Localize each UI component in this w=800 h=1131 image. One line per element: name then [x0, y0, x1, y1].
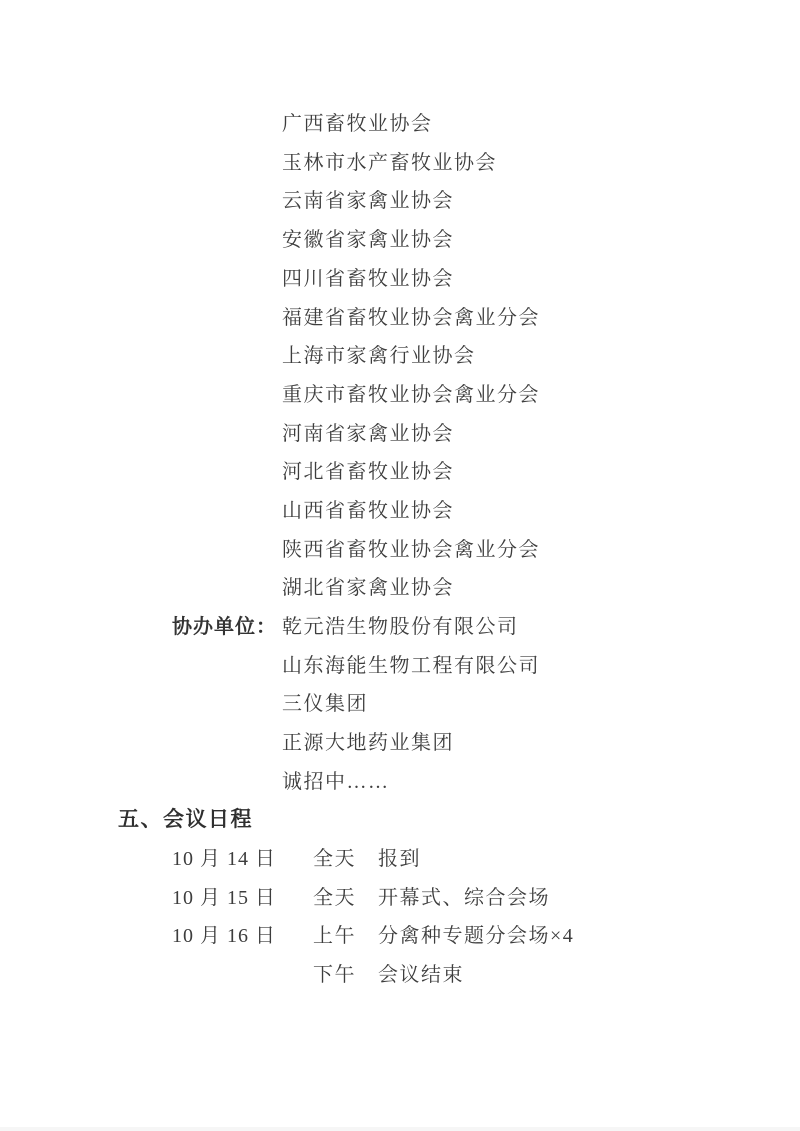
- association-list: 广西畜牧业协会 玉林市水产畜牧业协会 云南省家禽业协会 安徽省家禽业协会 四川省…: [282, 105, 540, 608]
- schedule-activity: 开幕式、综合会场: [378, 879, 550, 918]
- schedule-row: 下午 会议结束: [172, 956, 574, 995]
- schedule-activity: 分禽种专题分会场×4: [378, 917, 574, 956]
- schedule-date: 10 月 16 日: [172, 917, 313, 956]
- association-item: 广西畜牧业协会: [282, 105, 540, 144]
- company-item: 乾元浩生物股份有限公司: [282, 608, 540, 647]
- association-item: 河南省家禽业协会: [282, 415, 540, 454]
- cohost-label: 协办单位：: [172, 608, 282, 647]
- association-item: 重庆市畜牧业协会禽业分会: [282, 376, 540, 415]
- association-item: 云南省家禽业协会: [282, 182, 540, 221]
- schedule-row: 10 月 14 日 全天 报到: [172, 840, 574, 879]
- association-item: 山西省畜牧业协会: [282, 492, 540, 531]
- association-item: 福建省畜牧业协会禽业分会: [282, 299, 540, 338]
- schedule-table: 10 月 14 日 全天 报到 10 月 15 日 全天 开幕式、综合会场 10…: [172, 840, 574, 995]
- schedule-time: 上午: [313, 917, 378, 956]
- scan-bottom-edge: [0, 1127, 800, 1131]
- company-item: 山东海能生物工程有限公司: [282, 647, 540, 686]
- association-item: 湖北省家禽业协会: [282, 569, 540, 608]
- schedule-time: 下午: [313, 956, 378, 995]
- company-item: 三仪集团: [282, 685, 540, 724]
- schedule-date: 10 月 15 日: [172, 879, 313, 918]
- association-item: 玉林市水产畜牧业协会: [282, 144, 540, 183]
- schedule-row: 10 月 15 日 全天 开幕式、综合会场: [172, 879, 574, 918]
- schedule-time: 全天: [313, 879, 378, 918]
- schedule-activity: 会议结束: [378, 956, 464, 995]
- association-item: 四川省畜牧业协会: [282, 260, 540, 299]
- association-item: 河北省畜牧业协会: [282, 453, 540, 492]
- company-item: 诚招中……: [282, 763, 540, 802]
- schedule-row: 10 月 16 日 上午 分禽种专题分会场×4: [172, 917, 574, 956]
- schedule-time: 全天: [313, 840, 378, 879]
- association-item: 安徽省家禽业协会: [282, 221, 540, 260]
- schedule-heading: 五、会议日程: [118, 801, 253, 840]
- company-item: 正源大地药业集团: [282, 724, 540, 763]
- cohost-section: 协办单位： 乾元浩生物股份有限公司 山东海能生物工程有限公司 三仪集团 正源大地…: [172, 608, 540, 802]
- association-item: 上海市家禽行业协会: [282, 337, 540, 376]
- schedule-activity: 报到: [378, 840, 421, 879]
- schedule-date: 10 月 14 日: [172, 840, 313, 879]
- schedule-date: [172, 956, 313, 995]
- cohost-company-list: 乾元浩生物股份有限公司 山东海能生物工程有限公司 三仪集团 正源大地药业集团 诚…: [282, 608, 540, 802]
- association-item: 陕西省畜牧业协会禽业分会: [282, 531, 540, 570]
- document-page: 广西畜牧业协会 玉林市水产畜牧业协会 云南省家禽业协会 安徽省家禽业协会 四川省…: [0, 0, 800, 1131]
